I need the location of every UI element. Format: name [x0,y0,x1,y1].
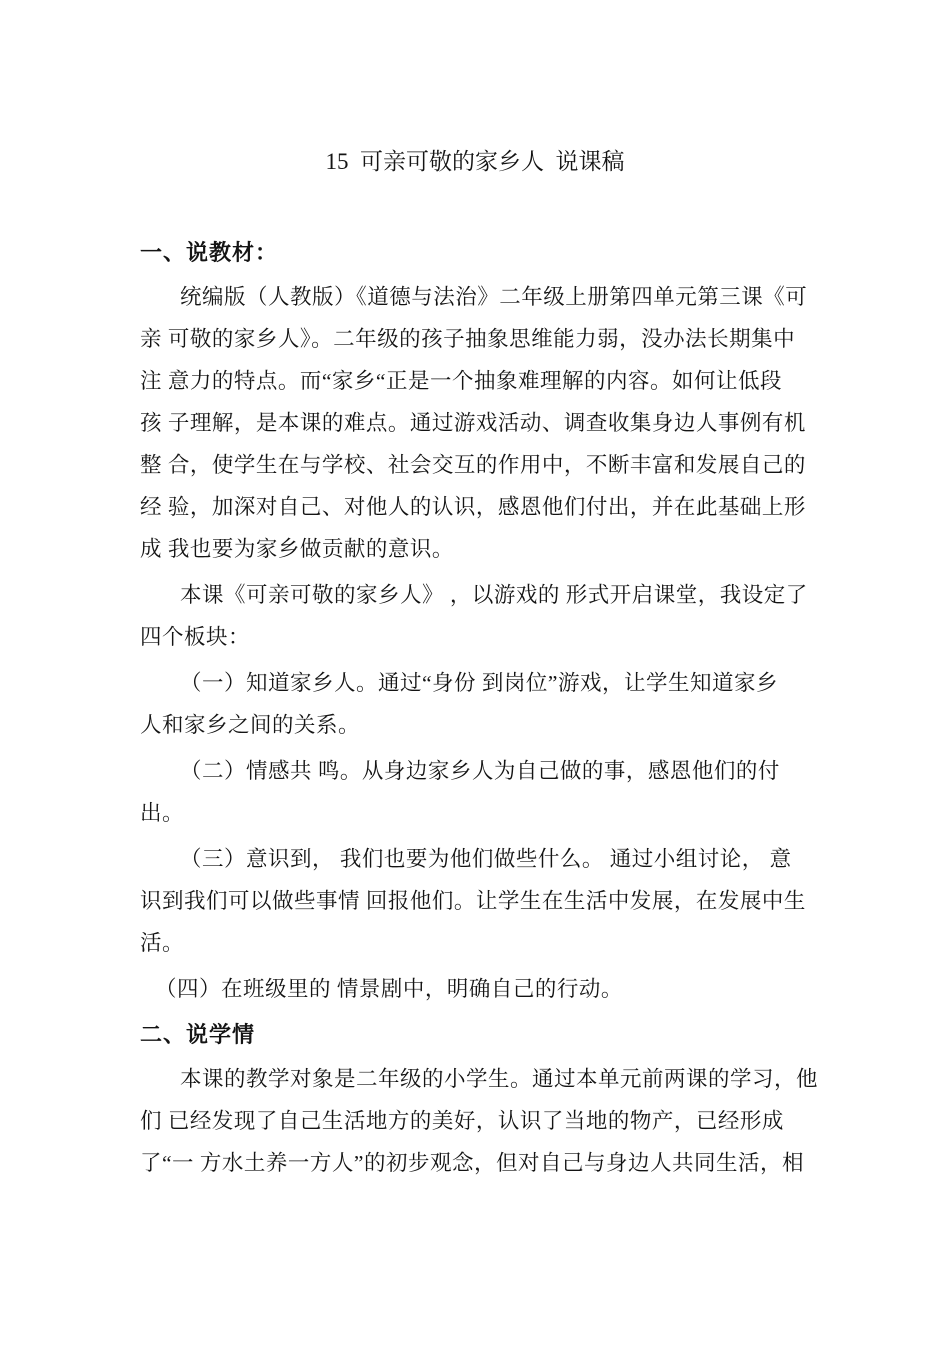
text-line: 整 合，使学生在与学校、社会交互的作用中，不断丰富和发展自己的 [140,444,810,486]
paragraph: 本课的教学对象是二年级的小学生。通过本单元前两课的学习，他 们 已经发现了自己生… [140,1058,810,1184]
text-line: 孩 子理解，是本课的难点。通过游戏活动、调查收集身边人事例有机 [140,402,810,444]
text-line: 活。 [140,922,810,964]
text-line: （四）在班级里的 情景剧中，明确自己的行动。 [140,968,810,1010]
section-heading-2: 二、说学情 [140,1020,810,1050]
document-page: 15 可亲可敬的家乡人 说课稿 一、说教材： 统编版（人教版）《道德与法治》二年… [0,0,950,1345]
paragraph: 本课《可亲可敬的家乡人》 ，以游戏的 形式开启课堂，我设定了 四个板块： [140,574,810,658]
paragraph: （四）在班级里的 情景剧中，明确自己的行动。 [140,968,810,1010]
text-line: 人和家乡之间的关系。 [140,704,810,746]
paragraph: （一）知道家乡人。通过“身份 到岗位”游戏，让学生知道家乡 人和家乡之间的关系。 [140,662,810,746]
section-heading-1: 一、说教材： [140,238,810,268]
paragraph: 统编版（人教版）《道德与法治》二年级上册第四单元第三课《可 亲 可敬的家乡人》。… [140,276,810,570]
text-line: 注 意力的特点。而“家乡“正是一个抽象难理解的内容。如何让低段 [140,360,810,402]
text-line: 四个板块： [140,616,810,658]
document-title: 15 可亲可敬的家乡人 说课稿 [140,148,810,176]
text-line: （一）知道家乡人。通过“身份 到岗位”游戏，让学生知道家乡 [140,662,810,704]
paragraph: （三）意识到， 我们也要为他们做些什么。 通过小组讨论， 意 识到我们可以做些事… [140,838,810,964]
text-line: 亲 可敬的家乡人》。二年级的孩子抽象思维能力弱，没办法长期集中 [140,318,810,360]
text-line: 本课《可亲可敬的家乡人》 ，以游戏的 形式开启课堂，我设定了 [140,574,810,616]
paragraph: （二）情感共 鸣。从身边家乡人为自己做的事，感恩他们的付 出。 [140,750,810,834]
text-line: 了“一 方水土养一方人”的初步观念，但对自己与身边人共同生活，相 [140,1142,810,1184]
text-line: 们 已经发现了自己生活地方的美好，认识了当地的物产，已经形成 [140,1100,810,1142]
text-line: 成 我也要为家乡做贡献的意识。 [140,528,810,570]
text-line: 本课的教学对象是二年级的小学生。通过本单元前两课的学习，他 [140,1058,810,1100]
text-line: （二）情感共 鸣。从身边家乡人为自己做的事，感恩他们的付 [140,750,810,792]
text-line: （三）意识到， 我们也要为他们做些什么。 通过小组讨论， 意 [140,838,810,880]
text-line: 出。 [140,792,810,834]
text-line: 统编版（人教版）《道德与法治》二年级上册第四单元第三课《可 [140,276,810,318]
text-line: 识到我们可以做些事情 回报他们。让学生在生活中发展，在发展中生 [140,880,810,922]
text-line: 经 验，加深对自己、对他人的认识，感恩他们付出，并在此基础上形 [140,486,810,528]
